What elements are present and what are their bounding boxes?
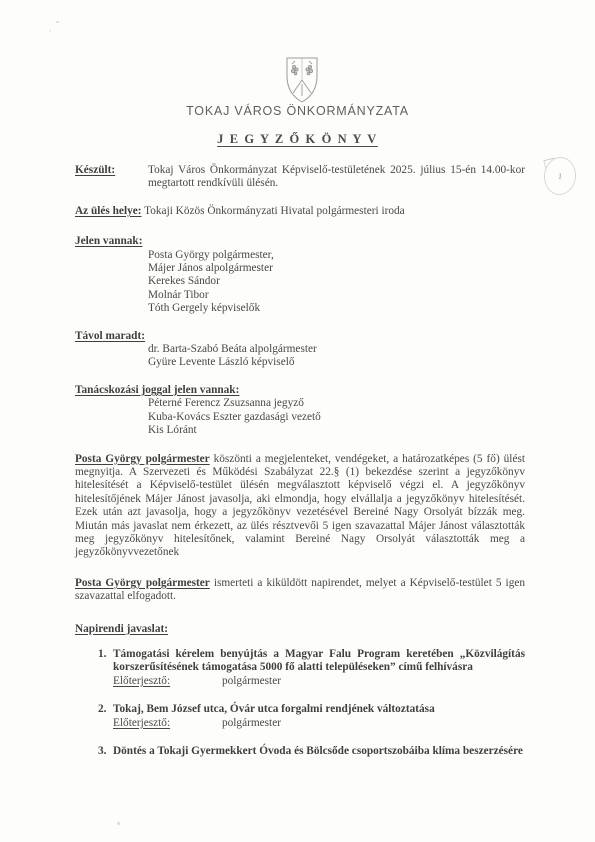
section-advisory-attendees: Tanácskozási joggal jelen vannak: Pétern… [75, 384, 525, 438]
advisory-attendees-list: Péterné Ferencz Zsuzsanna jegyző Kuba-Ko… [148, 397, 525, 437]
meeting-location-label: Az ülés helye: [75, 205, 142, 217]
paragraph-text: köszönti a megjelenteket, vendégeket, a … [75, 453, 525, 559]
section-meeting-location: Az ülés helye: Tokaji Közös Önkormányzat… [75, 205, 525, 218]
section-absent: Távol maradt: dr. Barta-Szabó Beáta alpo… [75, 330, 525, 370]
agenda-label: Napirendi javaslat: [75, 623, 525, 636]
agenda-item-title: Támogatási kérelem benyújtás a Magyar Fa… [113, 648, 525, 675]
coat-of-arms-icon [283, 56, 321, 104]
scan-artifact [49, 30, 51, 32]
agenda-item-presenter-row: Előterjesztő: polgármester [113, 717, 525, 730]
absent-name: dr. Barta-Szabó Beáta alpolgármester [148, 343, 525, 356]
speaker-name: Posta György polgármester [75, 577, 210, 589]
document-body: Készült: Tokaj Város Önkormányzat Képvis… [75, 164, 525, 773]
agenda-item-1: 1. Támogatási kérelem benyújtás a Magyar… [75, 648, 525, 688]
absent-label: Távol maradt: [75, 330, 525, 343]
presenter-label: Előterjesztő: [113, 675, 222, 688]
keszult-label: Készült: [75, 164, 148, 191]
advisory-attendees-label: Tanácskozási joggal jelen vannak: [75, 384, 525, 397]
org-name: TOKAJ VÁROS ÖNKORMÁNYZATA [0, 104, 595, 118]
agenda-item-presenter-row: Előterjesztő: polgármester [113, 675, 525, 688]
agenda-item-body: Támogatási kérelem benyújtás a Magyar Fa… [113, 648, 525, 688]
scan-artifact [56, 21, 59, 23]
presenter-label: Előterjesztő: [113, 717, 222, 730]
advisory-attendee-name: Péterné Ferencz Zsuzsanna jegyző [148, 397, 525, 410]
agenda-item-number: 2. [75, 703, 113, 730]
meeting-location-text: Tokaji Közös Önkormányzati Hivatal polgá… [144, 205, 405, 217]
presenter-value: polgármester [222, 717, 281, 730]
attendee-name: Molnár Tibor [148, 289, 525, 302]
page-number: 1 [557, 171, 562, 181]
presenter-value: polgármester [222, 675, 281, 688]
document-page: TOKAJ VÁROS ÖNKORMÁNYZATA J E G Y Z Ő K … [0, 0, 595, 842]
speaker-name: Posta György polgármester [75, 453, 210, 465]
section-attendees: Jelen vannak: Posta György polgármester,… [75, 235, 525, 315]
attendees-list: Posta György polgármester, Májer János a… [148, 249, 525, 316]
paragraph-agenda-acceptance: Posta György polgármester ismerteti a ki… [75, 577, 525, 604]
agenda-item-number: 3. [75, 745, 113, 758]
keszult-text: Tokaj Város Önkormányzat Képviselő-testü… [148, 164, 525, 191]
attendee-name: Májer János alpolgármester [148, 262, 525, 275]
scan-artifact [117, 822, 120, 825]
attendee-name: Tóth Gergely képviselők [148, 302, 525, 315]
agenda-item-title: Döntés a Tokaji Gyermekkert Óvoda és Böl… [113, 745, 525, 758]
document-title: J E G Y Z Ő K Ö N Y V [0, 132, 595, 147]
attendee-name: Kerekes Sándor [148, 275, 525, 288]
pen-scrawl [543, 158, 556, 169]
advisory-attendee-name: Kuba-Kovács Eszter gazdasági vezető [148, 411, 525, 424]
agenda-item-3: 3. Döntés a Tokaji Gyermekkert Óvoda és … [75, 745, 525, 758]
absent-list: dr. Barta-Szabó Beáta alpolgármester Gyü… [148, 343, 525, 370]
agenda-item-2: 2. Tokaj, Bem József utca, Óvár utca for… [75, 703, 525, 730]
advisory-attendee-name: Kis Lóránt [148, 424, 525, 437]
section-keszult: Készült: Tokaj Város Önkormányzat Képvis… [75, 164, 525, 191]
absent-name: Gyüre Levente László képviselő [148, 356, 525, 369]
attendees-label: Jelen vannak: [75, 235, 525, 248]
attendee-name: Posta György polgármester, [148, 249, 525, 262]
paragraph-opening: Posta György polgármester köszönti a meg… [75, 453, 525, 560]
agenda-item-body: Tokaj, Bem József utca, Óvár utca forgal… [113, 703, 525, 730]
agenda-item-title: Tokaj, Bem József utca, Óvár utca forgal… [113, 703, 525, 716]
agenda-item-body: Döntés a Tokaji Gyermekkert Óvoda és Böl… [113, 745, 525, 758]
agenda-item-number: 1. [75, 648, 113, 688]
page-number-stamp: 1 [542, 155, 578, 196]
